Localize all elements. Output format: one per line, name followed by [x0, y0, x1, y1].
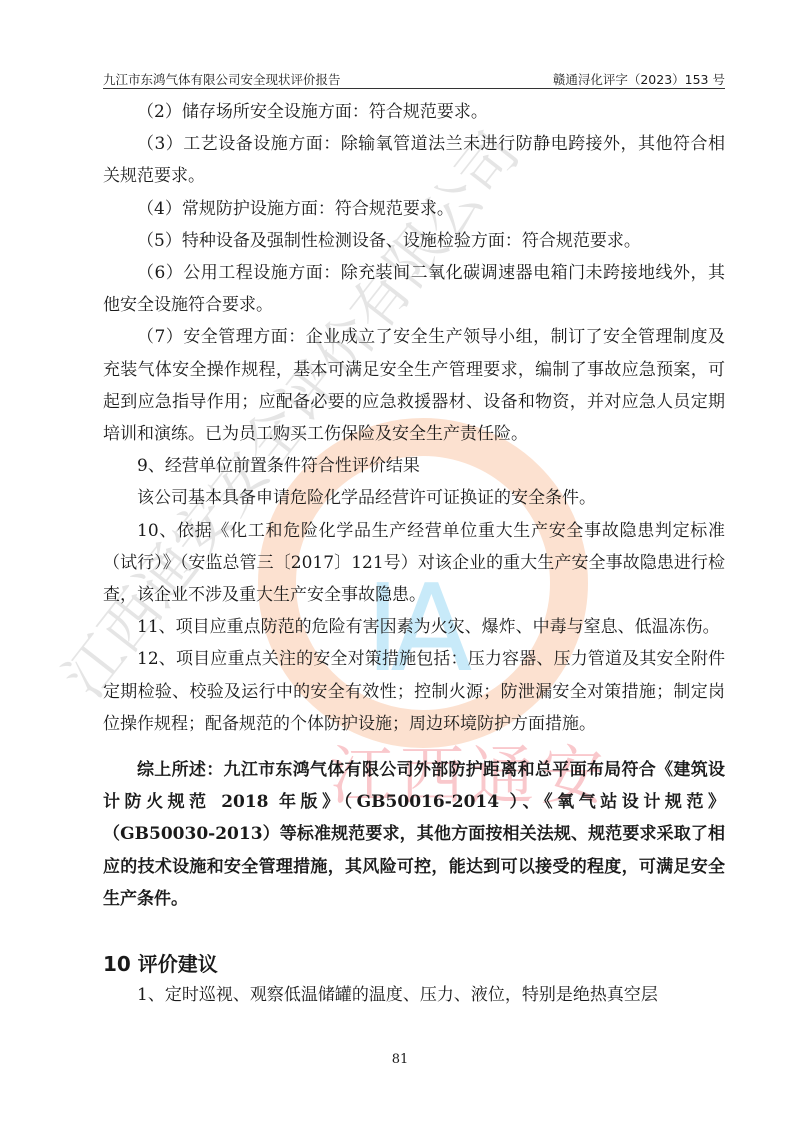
item-9-heading: 9、经营单位前置条件符合性评价结果	[103, 450, 725, 482]
paragraph-utilities: （6）公用工程设施方面：除充装间二氧化碳调速器电箱门未跨接地线外，其他安全设施符…	[103, 257, 725, 321]
section-heading: 10 评价建议	[103, 949, 725, 979]
item-10: 10、依据《化工和危险化学品生产经营单位重大生产安全事故隐患判定标准（试行）》（…	[103, 515, 725, 612]
item-9-body: 该公司基本具备申请危险化学品经营许可证换证的安全条件。	[103, 482, 725, 514]
report-number: 赣通浔化评字（2023）153 号	[553, 70, 725, 88]
document-body: （2）储存场所安全设施方面：符合规范要求。 （3）工艺设备设施方面：除输氧管道法…	[103, 96, 725, 1011]
report-title: 九江市东鸿气体有限公司安全现状评价报告	[103, 70, 341, 88]
item-11: 11、项目应重点防范的危险有害因素为火灾、爆炸、中毒与窒息、低温冻伤。	[103, 611, 725, 643]
paragraph-process: （3）工艺设备设施方面：除输氧管道法兰未进行防静电跨接外，其他符合相关规范要求。	[103, 128, 725, 192]
paragraph-special-equipment: （5）特种设备及强制性检测设备、设施检验方面：符合规范要求。	[103, 225, 725, 257]
paragraph-protection: （4）常规防护设施方面：符合规范要求。	[103, 193, 725, 225]
page-number: 81	[0, 1052, 800, 1067]
summary-paragraph: 综上所述：九江市东鸿气体有限公司外部防护距离和总平面布局符合《建筑设计防火规范 …	[103, 754, 725, 915]
recommendation-item-1: 1、定时巡视、观察低温储罐的温度、压力、液位，特别是绝热真空层	[103, 979, 725, 1011]
page-header: 九江市东鸿气体有限公司安全现状评价报告 赣通浔化评字（2023）153 号	[103, 68, 725, 89]
paragraph-management: （7）安全管理方面：企业成立了安全生产领导小组，制订了安全管理制度及充装气体安全…	[103, 321, 725, 450]
item-12: 12、项目应重点关注的安全对策措施包括：压力容器、压力管道及其安全附件定期检验、…	[103, 643, 725, 740]
paragraph-storage: （2）储存场所安全设施方面：符合规范要求。	[103, 96, 725, 128]
